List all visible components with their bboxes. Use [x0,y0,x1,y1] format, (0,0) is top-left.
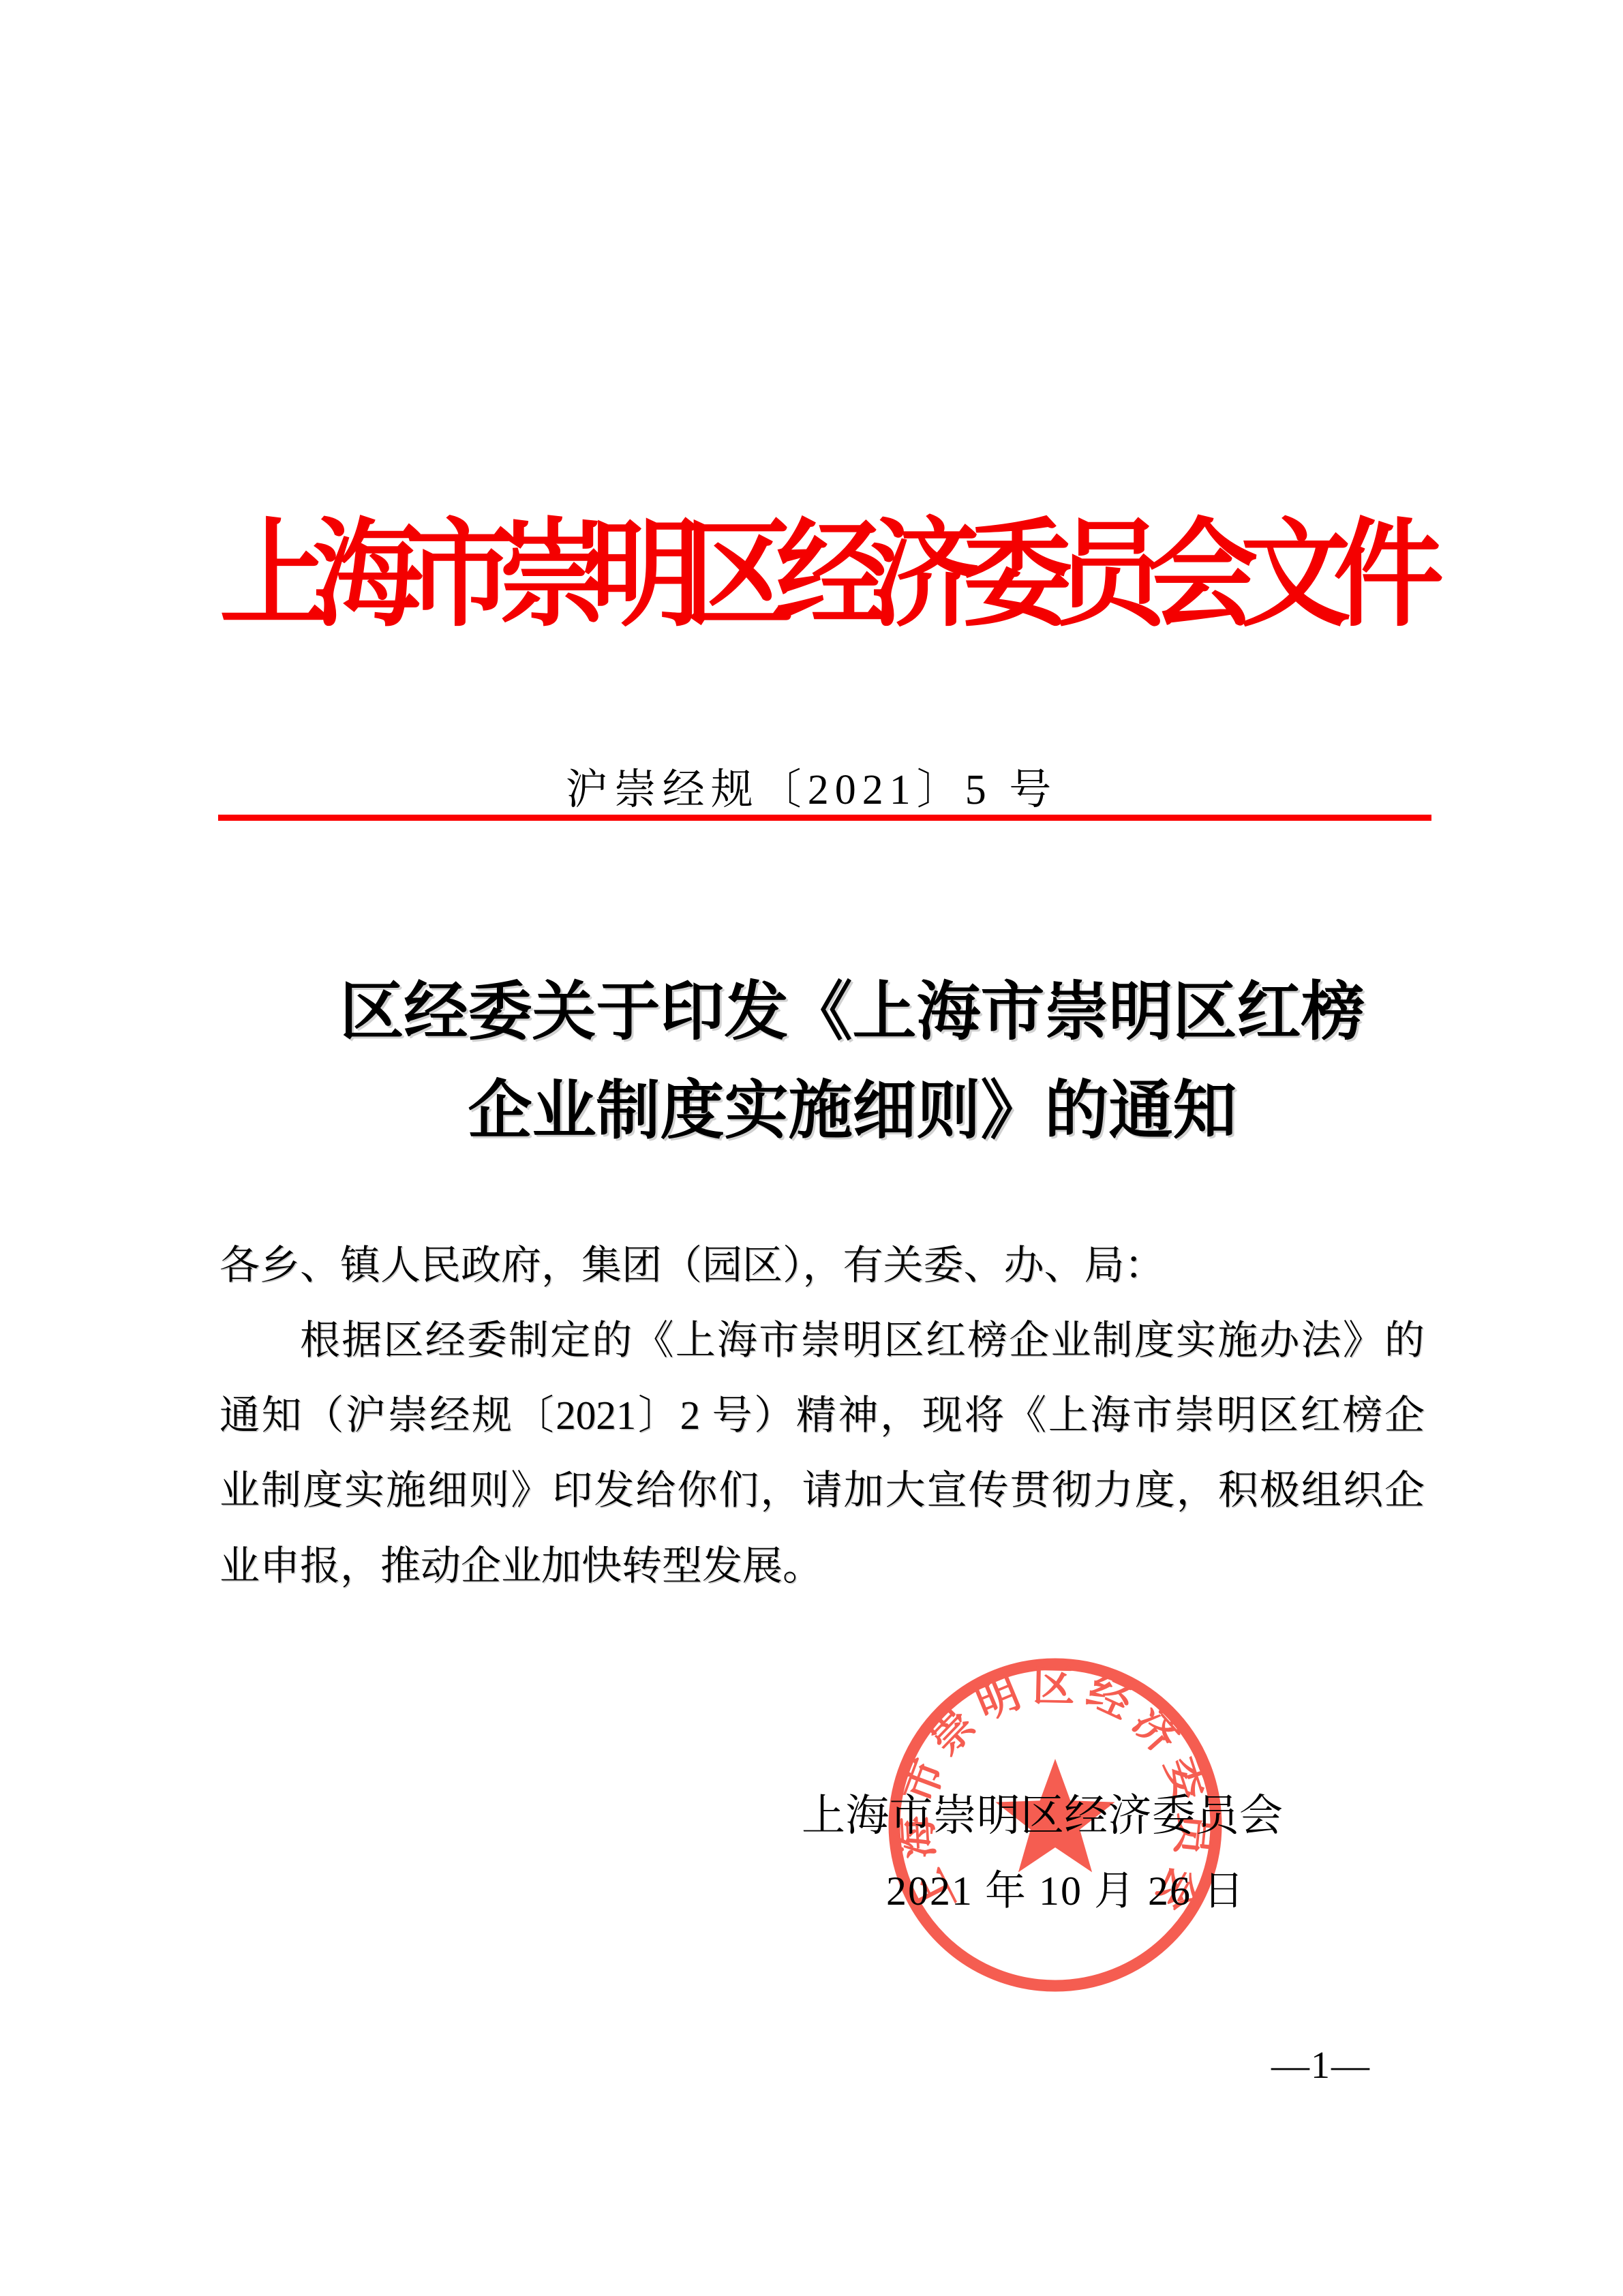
signature-org: 上海市崇明区经济委员会 [802,1781,1283,1843]
masthead-org-title: 上海市崇明区经济委员会文件 [219,481,1426,649]
doc-number: 沪崇经规〔2021〕5 号 [0,755,1623,816]
body-line: 业申报，推动企业加快转型发展。 [219,1533,1425,1591]
body-line: 通知（沪崇经规〔2021〕2 号）精神，现将《上海市崇明区红榜企 [219,1383,1425,1440]
document-page: 上海市崇明区经济委员会文件 沪崇经规〔2021〕5 号 区经委关于印发《上海市崇… [0,0,1623,2296]
salutation-line: 各乡、镇人民政府，集团（园区），有关委、办、局： [219,1233,1425,1290]
red-separator-rule [218,815,1431,821]
signature-date: 2021 年 10 月 26 日 [886,1858,1241,1917]
doc-title-line2: 企业制度实施细则》的通知 [0,1059,1623,1151]
doc-title-line1: 区经委关于印发《上海市崇明区红榜 [0,960,1623,1052]
body-line: 业制度实施细则》印发给你们，请加大宣传贯彻力度，积极组织企 [219,1457,1425,1515]
body-line: 根据区经委制定的《上海市崇明区红榜企业制度实施办法》的 [219,1308,1425,1365]
page-number: —1— [1271,2044,1371,2087]
